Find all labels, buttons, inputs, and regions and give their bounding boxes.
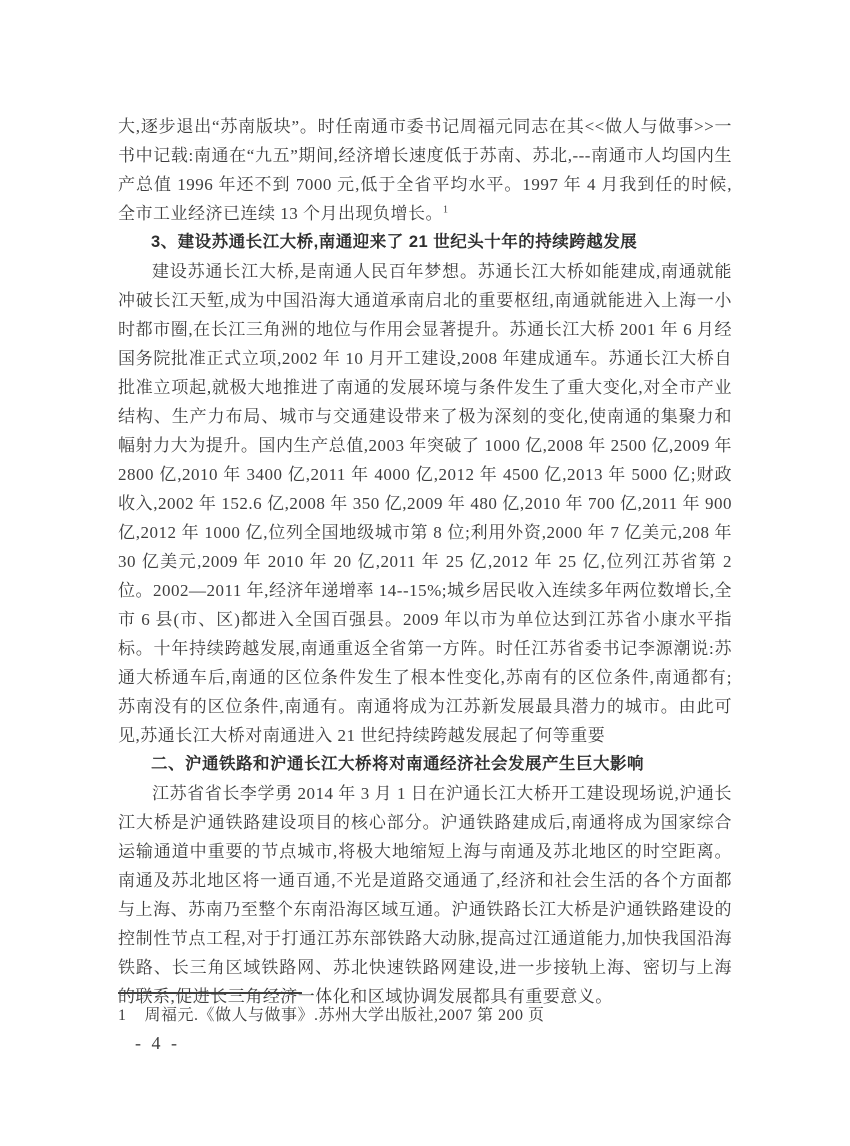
footnote-reference: 1 bbox=[443, 204, 448, 215]
document-page: 大,逐步退出“苏南版块”。时任南通市委书记周福元同志在其<<做人与做事>>一书中… bbox=[0, 0, 850, 1146]
section-heading-hutong-railway: 二、沪通铁路和沪通长江大桥将对南通经济社会发展产生巨大影响 bbox=[118, 750, 732, 779]
page-number: - 4 - bbox=[135, 1033, 180, 1054]
paragraph-continuation-text: 大,逐步退出“苏南版块”。时任南通市委书记周福元同志在其<<做人与做事>>一书中… bbox=[118, 117, 732, 223]
body-text: 大,逐步退出“苏南版块”。时任南通市委书记周福元同志在其<<做人与做事>>一书中… bbox=[118, 112, 732, 1011]
footnote-marker: 1 bbox=[118, 1004, 127, 1028]
paragraph-continuation: 大,逐步退出“苏南版块”。时任南通市委书记周福元同志在其<<做人与做事>>一书中… bbox=[118, 112, 732, 228]
section-heading-sutong-bridge: 3、建设苏通长江大桥,南通迎来了 21 世纪头十年的持续跨越发展 bbox=[118, 228, 732, 257]
paragraph-sutong-bridge: 建设苏通长江大桥,是南通人民百年梦想。苏通长江大桥如能建成,南通就能冲破长江天堑… bbox=[118, 257, 732, 750]
footnote-text: 周福元.《做人与做事》.苏州大学出版社,2007 第 200 页 bbox=[145, 1007, 545, 1024]
footnote-area: 1周福元.《做人与做事》.苏州大学出版社,2007 第 200 页 bbox=[118, 992, 732, 1028]
footnote-divider bbox=[118, 992, 302, 994]
paragraph-hutong-railway: 江苏省省长李学勇 2014 年 3 月 1 日在沪通长江大桥开工建设现场说,沪通… bbox=[118, 779, 732, 1011]
footnote: 1周福元.《做人与做事》.苏州大学出版社,2007 第 200 页 bbox=[118, 1004, 732, 1028]
